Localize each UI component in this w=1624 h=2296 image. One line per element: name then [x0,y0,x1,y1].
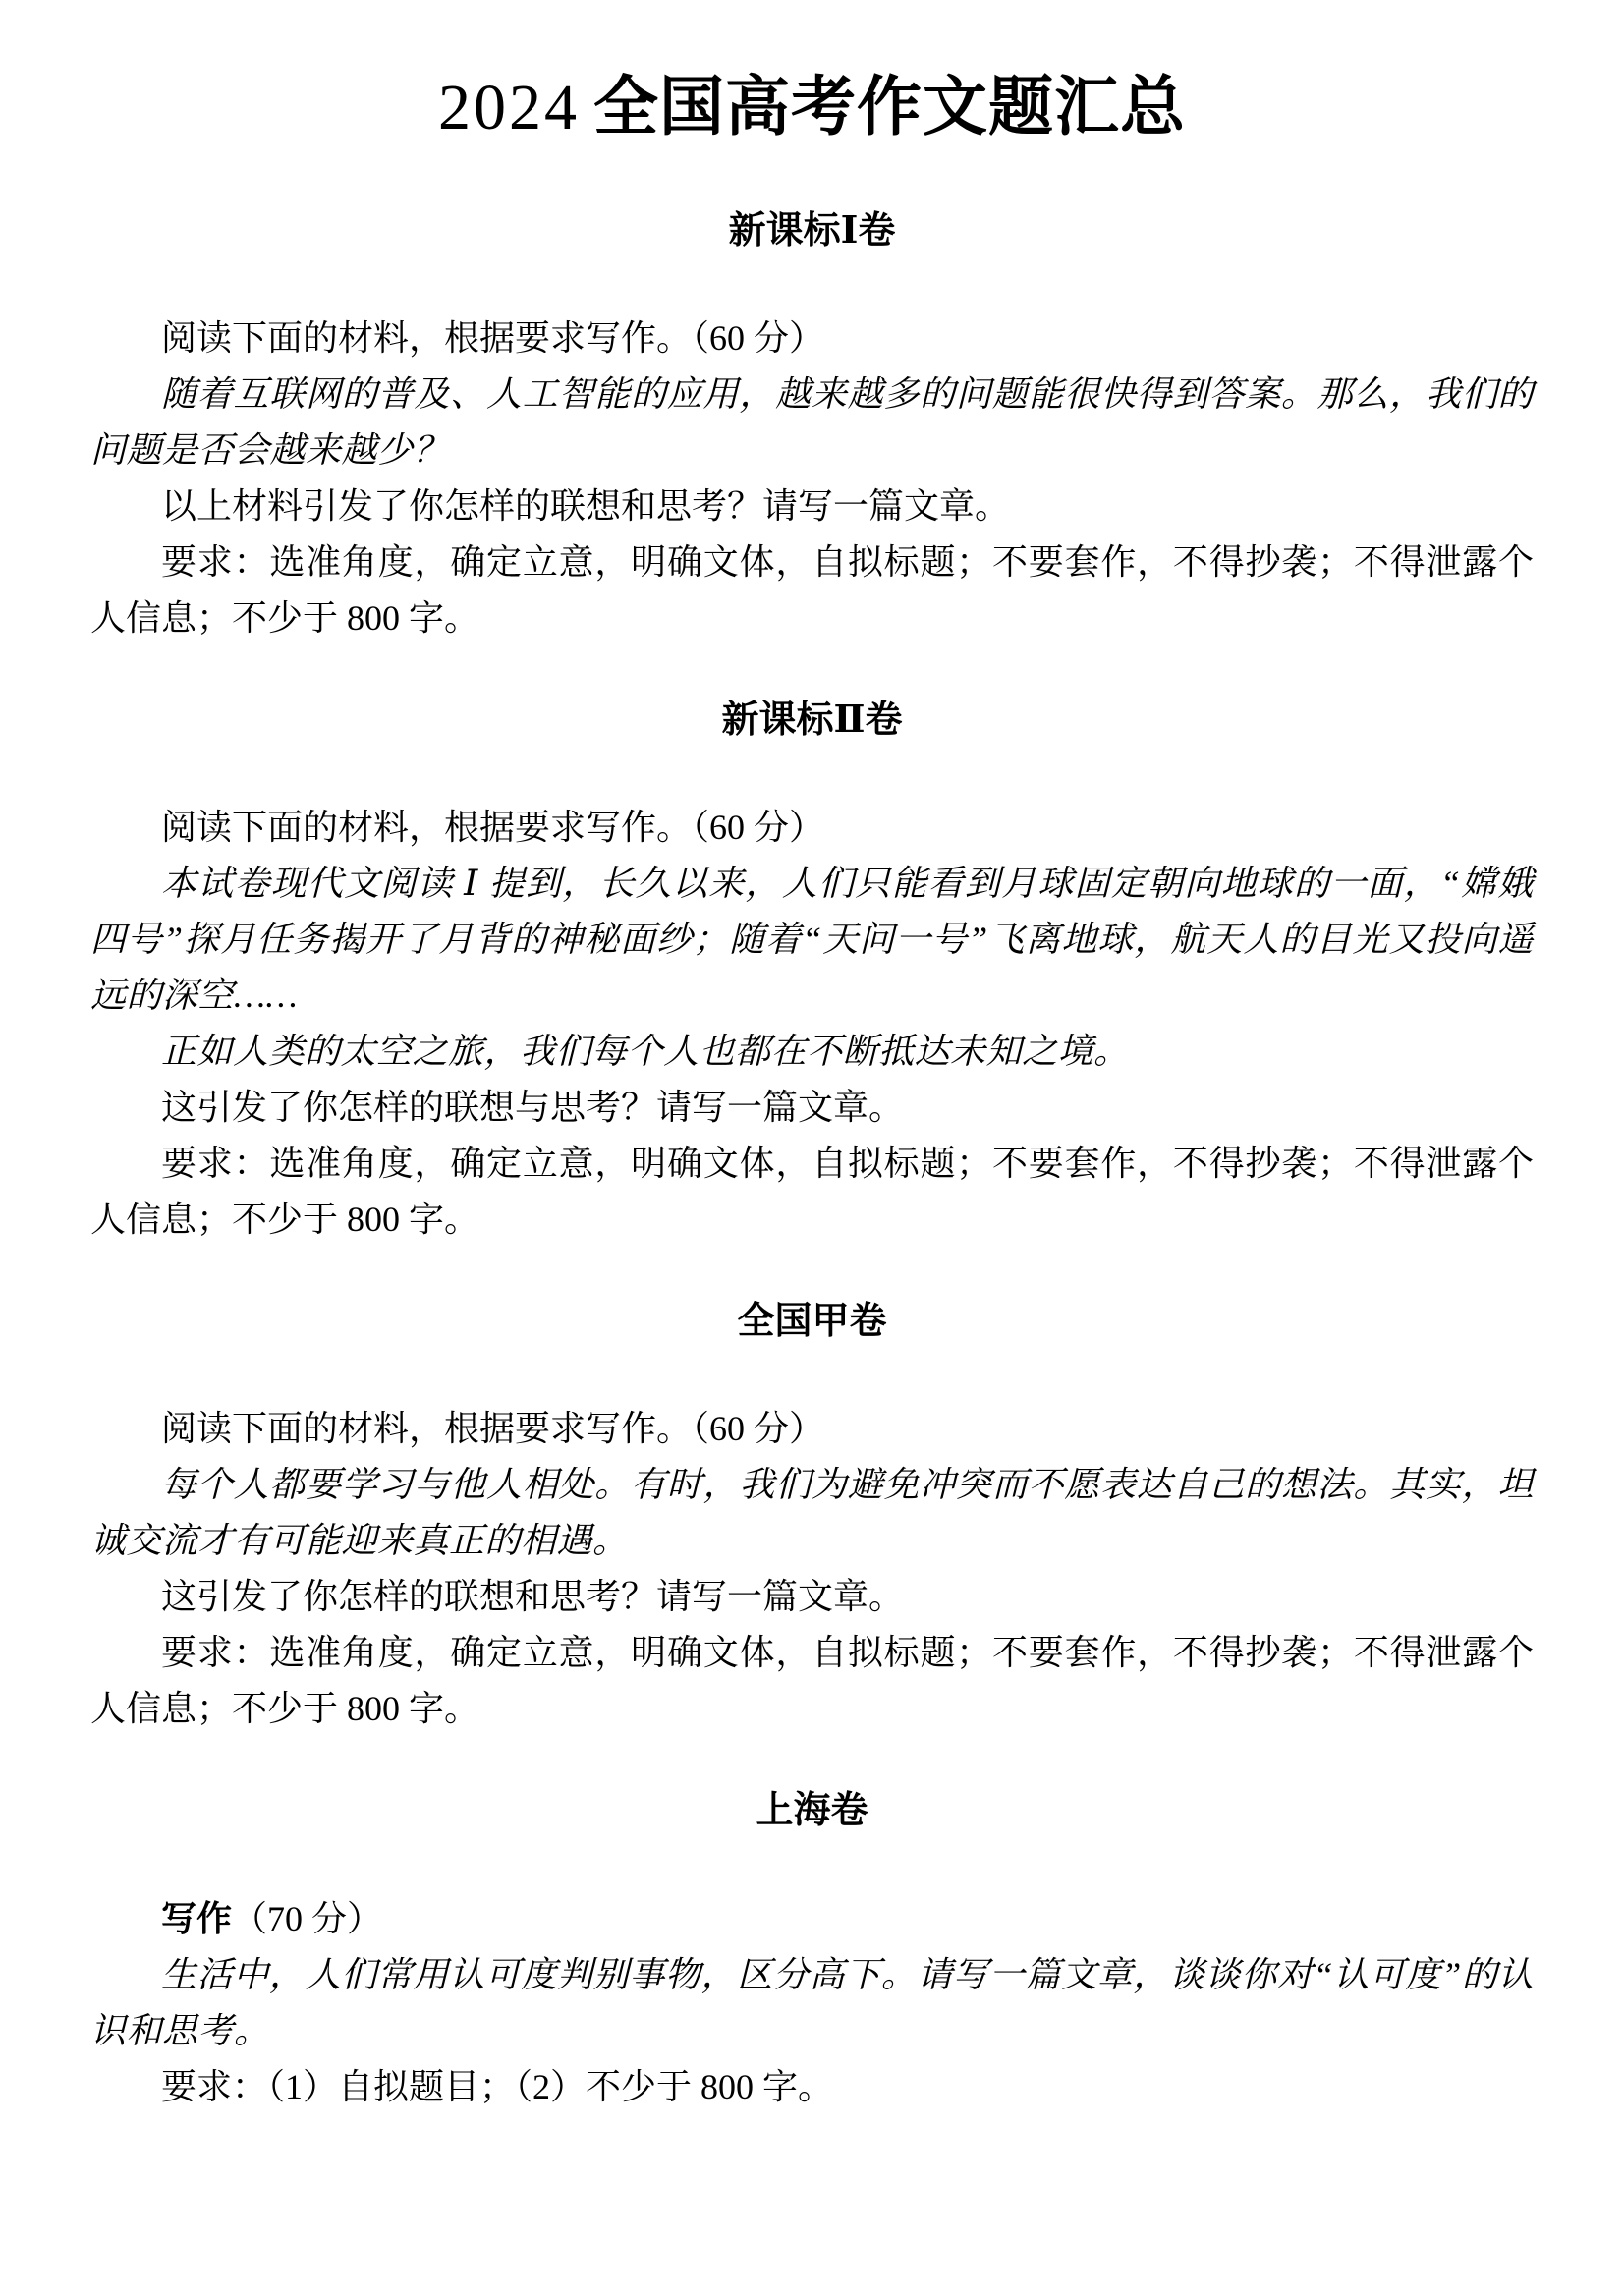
paragraph-prompt: 这引发了你怎样的联想和思考？请写一篇文章。 [90,1569,1534,1625]
paragraph-requirements: 要求：（1）自拟题目；（2）不少于 800 字。 [90,2059,1534,2115]
paragraph-instruction: 阅读下面的材料，根据要求写作。（60 分） [90,1401,1534,1457]
paragraph-writing-header: 写作（70 分） [90,1890,1534,1947]
section-heading-shanghai: 上海卷 [90,1788,1534,1833]
section-heading-new-curriculum-2: 新课标Ⅱ卷 [90,698,1534,743]
section-heading-national-a: 全国甲卷 [90,1299,1534,1344]
section-shanghai: 上海卷 写作（70 分） 生活中，人们常用认可度判别事物，区分高下。请写一篇文章… [90,1788,1534,2115]
paragraph-material: 每个人都要学习与他人相处。有时，我们为避免冲突而不愿表达自己的想法。其实，坦诚交… [90,1457,1534,1569]
paragraph-prompt: 以上材料引发了你怎样的联想和思考？请写一篇文章。 [90,478,1534,534]
paragraph-requirements: 要求：选准角度，确定立意，明确文体，自拟标题；不要套作，不得抄袭；不得泄露个人信… [90,534,1534,646]
paragraph-material: 生活中，人们常用认可度判别事物，区分高下。请写一篇文章，谈谈你对“认可度”的认识… [90,1947,1534,2059]
writing-label: 写作 [161,1898,232,1938]
section-new-curriculum-2: 新课标Ⅱ卷 阅读下面的材料，根据要求写作。（60 分） 本试卷现代文阅读 Ⅰ 提… [90,698,1534,1248]
paragraph-material: 正如人类的太空之旅，我们每个人也都在不断抵达未知之境。 [90,1024,1534,1080]
paragraph-material: 随着互联网的普及、人工智能的应用，越来越多的问题能很快得到答案。那么，我们的问题… [90,366,1534,478]
paragraph-instruction: 阅读下面的材料，根据要求写作。（60 分） [90,310,1534,366]
section-heading-new-curriculum-1: 新课标Ⅰ卷 [90,208,1534,253]
writing-score: （70 分） [232,1899,382,1938]
paragraph-requirements: 要求：选准角度，确定立意，明确文体，自拟标题；不要套作，不得抄袭；不得泄露个人信… [90,1136,1534,1248]
document-page: 2024全国高考作文题汇总 新课标Ⅰ卷 阅读下面的材料，根据要求写作。（60 分… [0,0,1624,2296]
paragraph-material: 本试卷现代文阅读 Ⅰ 提到，长久以来，人们只能看到月球固定朝向地球的一面，“嫦娥… [90,856,1534,1024]
title-year: 2024 [438,72,580,143]
paragraph-prompt: 这引发了你怎样的联想与思考？请写一篇文章。 [90,1080,1534,1136]
document-title: 2024全国高考作文题汇总 [90,59,1534,157]
section-new-curriculum-1: 新课标Ⅰ卷 阅读下面的材料，根据要求写作。（60 分） 随着互联网的普及、人工智… [90,208,1534,646]
title-text: 全国高考作文题汇总 [593,72,1186,143]
paragraph-requirements: 要求：选准角度，确定立意，明确文体，自拟标题；不要套作，不得抄袭；不得泄露个人信… [90,1625,1534,1737]
section-national-a: 全国甲卷 阅读下面的材料，根据要求写作。（60 分） 每个人都要学习与他人相处。… [90,1299,1534,1737]
paragraph-instruction: 阅读下面的材料，根据要求写作。（60 分） [90,800,1534,856]
